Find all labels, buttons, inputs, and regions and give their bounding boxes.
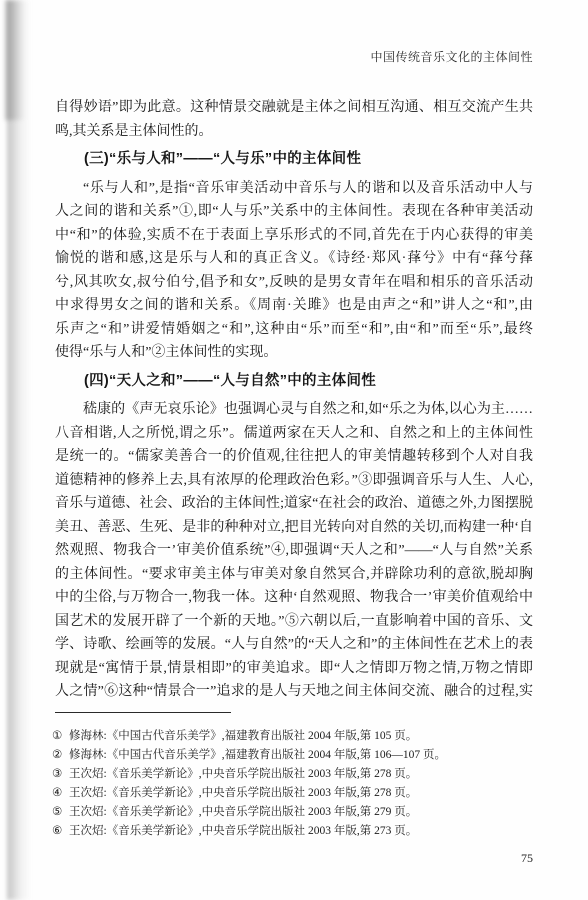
running-header: 中国传统音乐文化的主体间性 [370, 48, 533, 65]
text-line: 自得妙语”即为此意。这种情景交融就是主体之间相互沟通、相互交流产生共 [55, 96, 533, 120]
text-line: 道德精神的修养上去,具有浓厚的伦理政治色彩。”③即强调音乐与人生、人心, [55, 469, 533, 493]
page-number: 75 [521, 851, 533, 866]
text-line: 鸣,其关系是主体间性的。 [55, 120, 533, 144]
footnotes: ①修海林:《中国古代音乐美学》,福建教育出版社 2004 年版,第 105 页。… [52, 727, 534, 841]
footnote-item: ①修海林:《中国古代音乐美学》,福建教育出版社 2004 年版,第 105 页。 [52, 727, 534, 746]
paragraph: 自得妙语”即为此意。这种情景交融就是主体之间相互沟通、相互交流产生共鸣,其关系是… [55, 96, 533, 143]
footnote-text: 修海林:《中国古代音乐美学》,福建教育出版社 2004 年版,第 105 页。 [69, 727, 534, 746]
text-line: 愉悦的谐和感,这是乐与人和的真正含义。《诗经·郑风·萚兮》中有“萚兮萚 [55, 247, 533, 271]
text-line: 国艺术的发展开辟了一个新的天地。”⑤六朝以后,一直影响着中国的音乐、文 [55, 610, 533, 634]
text-line: 中求得男女之间的谐和关系。《周南·关雎》也是由声之“和”讲人之“和”,由 [55, 294, 533, 318]
text-line: 人之间的谐和关系”①,即“人与乐”关系中的主体间性。表现在各种审美活动 [55, 200, 533, 224]
text-line: 嵇康的《声无哀乐论》也强调心灵与自然之和,如“乐之为体,以心为主…… [55, 398, 533, 422]
footnote-marker: ④ [52, 784, 69, 803]
text-line: 使得“乐与人和”②主体间性的实现。 [55, 341, 533, 365]
paragraph: “乐与人和”,是指“音乐审美活动中音乐与人的谐和以及音乐活动中人与人之间的谐和关… [55, 177, 533, 365]
footnote-item: ⑥王次炤:《音乐美学新论》,中央音乐学院出版社 2003 年版,第 273 页。 [52, 822, 534, 841]
footnote-marker: ⑤ [52, 803, 69, 822]
footnote-text: 王次炤:《音乐美学新论》,中央音乐学院出版社 2003 年版,第 278 页。 [69, 784, 534, 803]
text-line: 八音相谐,人之所悦,谓之乐”。儒道两家在天人之和、自然之和上的主体间性 [55, 422, 533, 446]
body-text: 自得妙语”即为此意。这种情景交融就是主体之间相互沟通、相互交流产生共鸣,其关系是… [55, 96, 533, 704]
footnote-text: 王次炤:《音乐美学新论》,中央音乐学院出版社 2003 年版,第 273 页。 [69, 822, 534, 841]
footnote-marker: ② [52, 746, 69, 765]
text-line: 兮,风其吹女,叔兮伯兮,倡予和女”,反映的是男女青年在唱和相乐的音乐活动 [55, 271, 533, 295]
text-line: 中“和”的体验,实质不在于表面上享乐形式的不同,首先在于内心获得的审美 [55, 224, 533, 248]
book-page: 中国传统音乐文化的主体间性 自得妙语”即为此意。这种情景交融就是主体之间相互沟通… [0, 0, 588, 900]
footnote-item: ④王次炤:《音乐美学新论》,中央音乐学院出版社 2003 年版,第 278 页。 [52, 784, 534, 803]
paragraph: 嵇康的《声无哀乐论》也强调心灵与自然之和,如“乐之为体,以心为主……八音相谐,人… [55, 398, 533, 704]
section-heading: (三)“乐与人和”——“人与乐”中的主体间性 [55, 148, 533, 172]
text-line: 人之情”⑥这种“情景合一”追求的是人与天地之间主体间交流、融合的过程,实 [55, 680, 533, 704]
scan-gutter-shadow-top [5, 0, 31, 120]
footnote-item: ⑤王次炤:《音乐美学新论》,中央音乐学院出版社 2003 年版,第 279 页。 [52, 803, 534, 822]
text-line: 是统一的。“儒家美善合一的价值观,往往把人的审美情趣转移到个人对自我 [55, 445, 533, 469]
footnote-item: ②修海林:《中国古代音乐美学》,福建教育出版社 2004 年版,第 106—10… [52, 746, 534, 765]
footnote-marker: ⑥ [52, 822, 69, 841]
text-line: “乐与人和”,是指“音乐审美活动中音乐与人的谐和以及音乐活动中人与 [55, 177, 533, 201]
text-line: 的主体间性。“要求审美主体与审美对象自然冥合,并辟除功利的意欲,脱却胸 [55, 563, 533, 587]
text-line: 中的尘俗,与万物合一,物我一体。这种‘自然观照、物我合一’审美价值观给中 [55, 586, 533, 610]
text-line: 学、诗歌、绘画等的发展。“人与自然”的“天人之和”的主体间性在艺术上的表 [55, 633, 533, 657]
footnote-text: 王次炤:《音乐美学新论》,中央音乐学院出版社 2003 年版,第 279 页。 [69, 803, 534, 822]
footnote-text: 王次炤:《音乐美学新论》,中央音乐学院出版社 2003 年版,第 278 页。 [69, 765, 534, 784]
text-line: 音乐与道德、社会、政治的主体间性;道家“在社会的政治、道德之外,力图摆脱 [55, 492, 533, 516]
footnote-text: 修海林:《中国古代音乐美学》,福建教育出版社 2004 年版,第 106—107… [69, 746, 534, 765]
scan-gutter-shadow [7, 0, 31, 900]
section-heading: (四)“天人之和”——“人与自然”中的主体间性 [55, 370, 533, 394]
footnote-marker: ③ [52, 765, 69, 784]
footnote-divider [55, 712, 231, 713]
text-line: 然观照、物我合一’审美价值系统”④,即强调“天人之和”——“人与自然”关系 [55, 539, 533, 563]
text-line: 美丑、善恶、生死、是非的种种对立,把目光转向对自然的关切,而构建一种‘自 [55, 516, 533, 540]
text-line: 乐声之“和”讲爱情婚姻之“和”,这种由“乐”而至“和”,由“和”而至“乐”,最终 [55, 318, 533, 342]
footnote-item: ③王次炤:《音乐美学新论》,中央音乐学院出版社 2003 年版,第 278 页。 [52, 765, 534, 784]
footnote-marker: ① [52, 727, 69, 746]
text-line: 现就是“寓情于景,情景相即”的审美追求。即“人之情即万物之情,万物之情即 [55, 657, 533, 681]
